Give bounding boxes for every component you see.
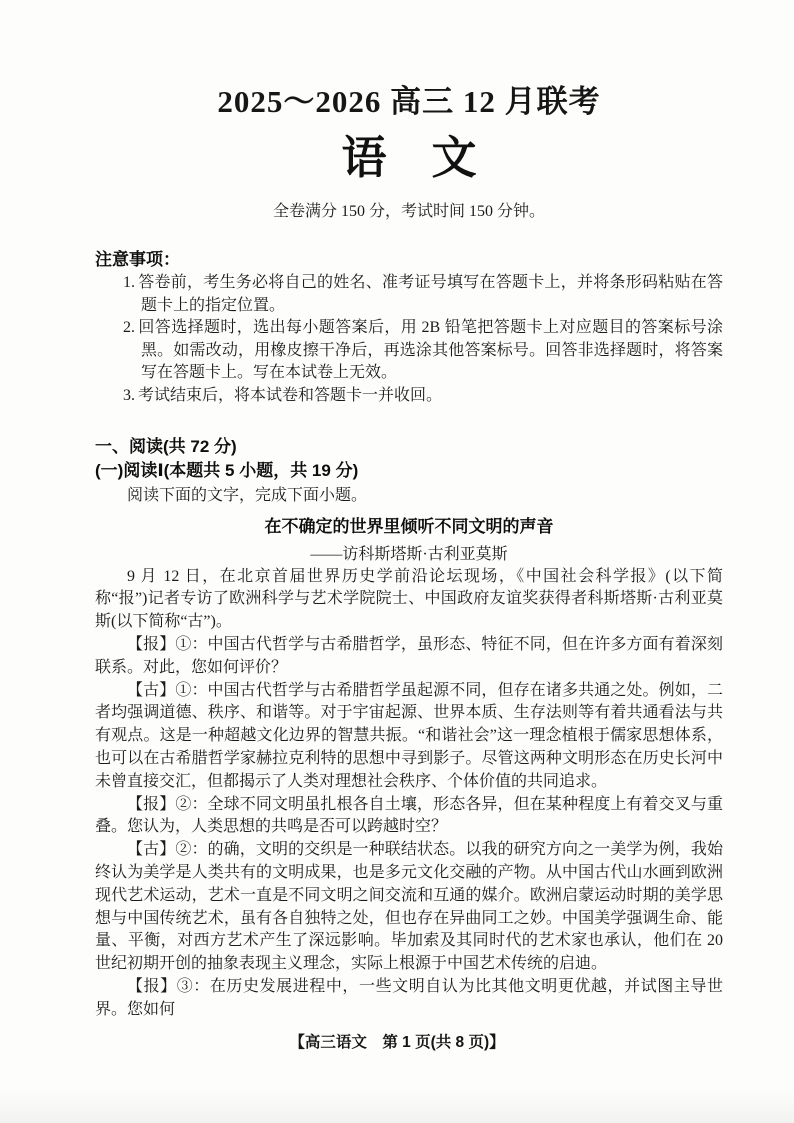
subsection-heading-reading-1: (一)阅读Ⅰ(本题共 5 小题，共 19 分) xyxy=(95,459,723,482)
notice-item-text: 回答选择题时，选出每小题答案后，用 2B 铅笔把答题卡上对应题目的答案标号涂黑。… xyxy=(138,319,723,381)
notice-item-text: 考试结束后，将本试卷和答题卡一并收回。 xyxy=(138,387,442,404)
article-paragraph: 【报】③：在历史发展进程中，一些文明自认为比其他文明更优越，并试图主导世界。您如… xyxy=(95,976,723,1022)
article-paragraph: 【报】①：中国古代哲学与古希腊哲学，虽形态、特征不同，但在许多方面有着深刻联系。… xyxy=(95,634,723,680)
notice-item-number: 2. xyxy=(123,319,138,336)
exam-paper-page: 2025～2026 高三 12 月联考 语 文 全卷满分 150 分，考试时间 … xyxy=(0,0,794,1123)
article-title: 在不确定的世界里倾听不同文明的声音 xyxy=(95,515,723,538)
notice-item-number: 1. xyxy=(123,274,138,291)
page-footer: 【高三语文 第 1 页(共 8 页)】 xyxy=(0,1030,794,1052)
article-paragraph: 【报】②：全球不同文明虽扎根各自土壤，形态各异，但在某种程度上有着交叉与重叠。您… xyxy=(95,794,723,840)
section-heading-reading: 一、阅读(共 72 分) xyxy=(95,435,723,458)
article-byline: ——访科斯塔斯·古利亚莫斯 xyxy=(95,543,723,566)
article-paragraph: 【古】②：的确，文明的交织是一种联结状态。以我的研究方向之一美学为例，我始终认为… xyxy=(95,839,723,976)
score-line: 全卷满分 150 分，考试时间 150 分钟。 xyxy=(95,201,723,223)
reading-instruction: 阅读下面的文字，完成下面小题。 xyxy=(95,484,723,507)
notice-heading: 注意事项： xyxy=(95,248,723,272)
notice-item: 1.答卷前，考生务必将自己的姓名、准考证号填写在答题卡上，并将条形码粘贴在答题卡… xyxy=(95,272,723,317)
subject-title: 语 文 xyxy=(95,132,723,184)
exam-title: 2025～2026 高三 12 月联考 xyxy=(95,0,723,122)
page-content: 2025～2026 高三 12 月联考 语 文 全卷满分 150 分，考试时间 … xyxy=(0,0,794,1022)
notice-item-text: 答卷前，考生务必将自己的姓名、准考证号填写在答题卡上，并将条形码粘贴在答题卡上的… xyxy=(138,274,723,314)
notice-item: 3.考试结束后，将本试卷和答题卡一并收回。 xyxy=(95,385,723,408)
notice-item: 2.回答选择题时，选出每小题答案后，用 2B 铅笔把答题卡上对应题目的答案标号涂… xyxy=(95,317,723,385)
notice-item-number: 3. xyxy=(123,387,138,404)
article-paragraph: 【古】①：中国古代哲学与古希腊哲学虽起源不同，但存在诸多共通之处。例如，二者均强… xyxy=(95,680,723,794)
article-paragraph: 9 月 12 日，在北京首届世界历史学前沿论坛现场，《中国社会科学报》(以下简称… xyxy=(95,566,723,634)
